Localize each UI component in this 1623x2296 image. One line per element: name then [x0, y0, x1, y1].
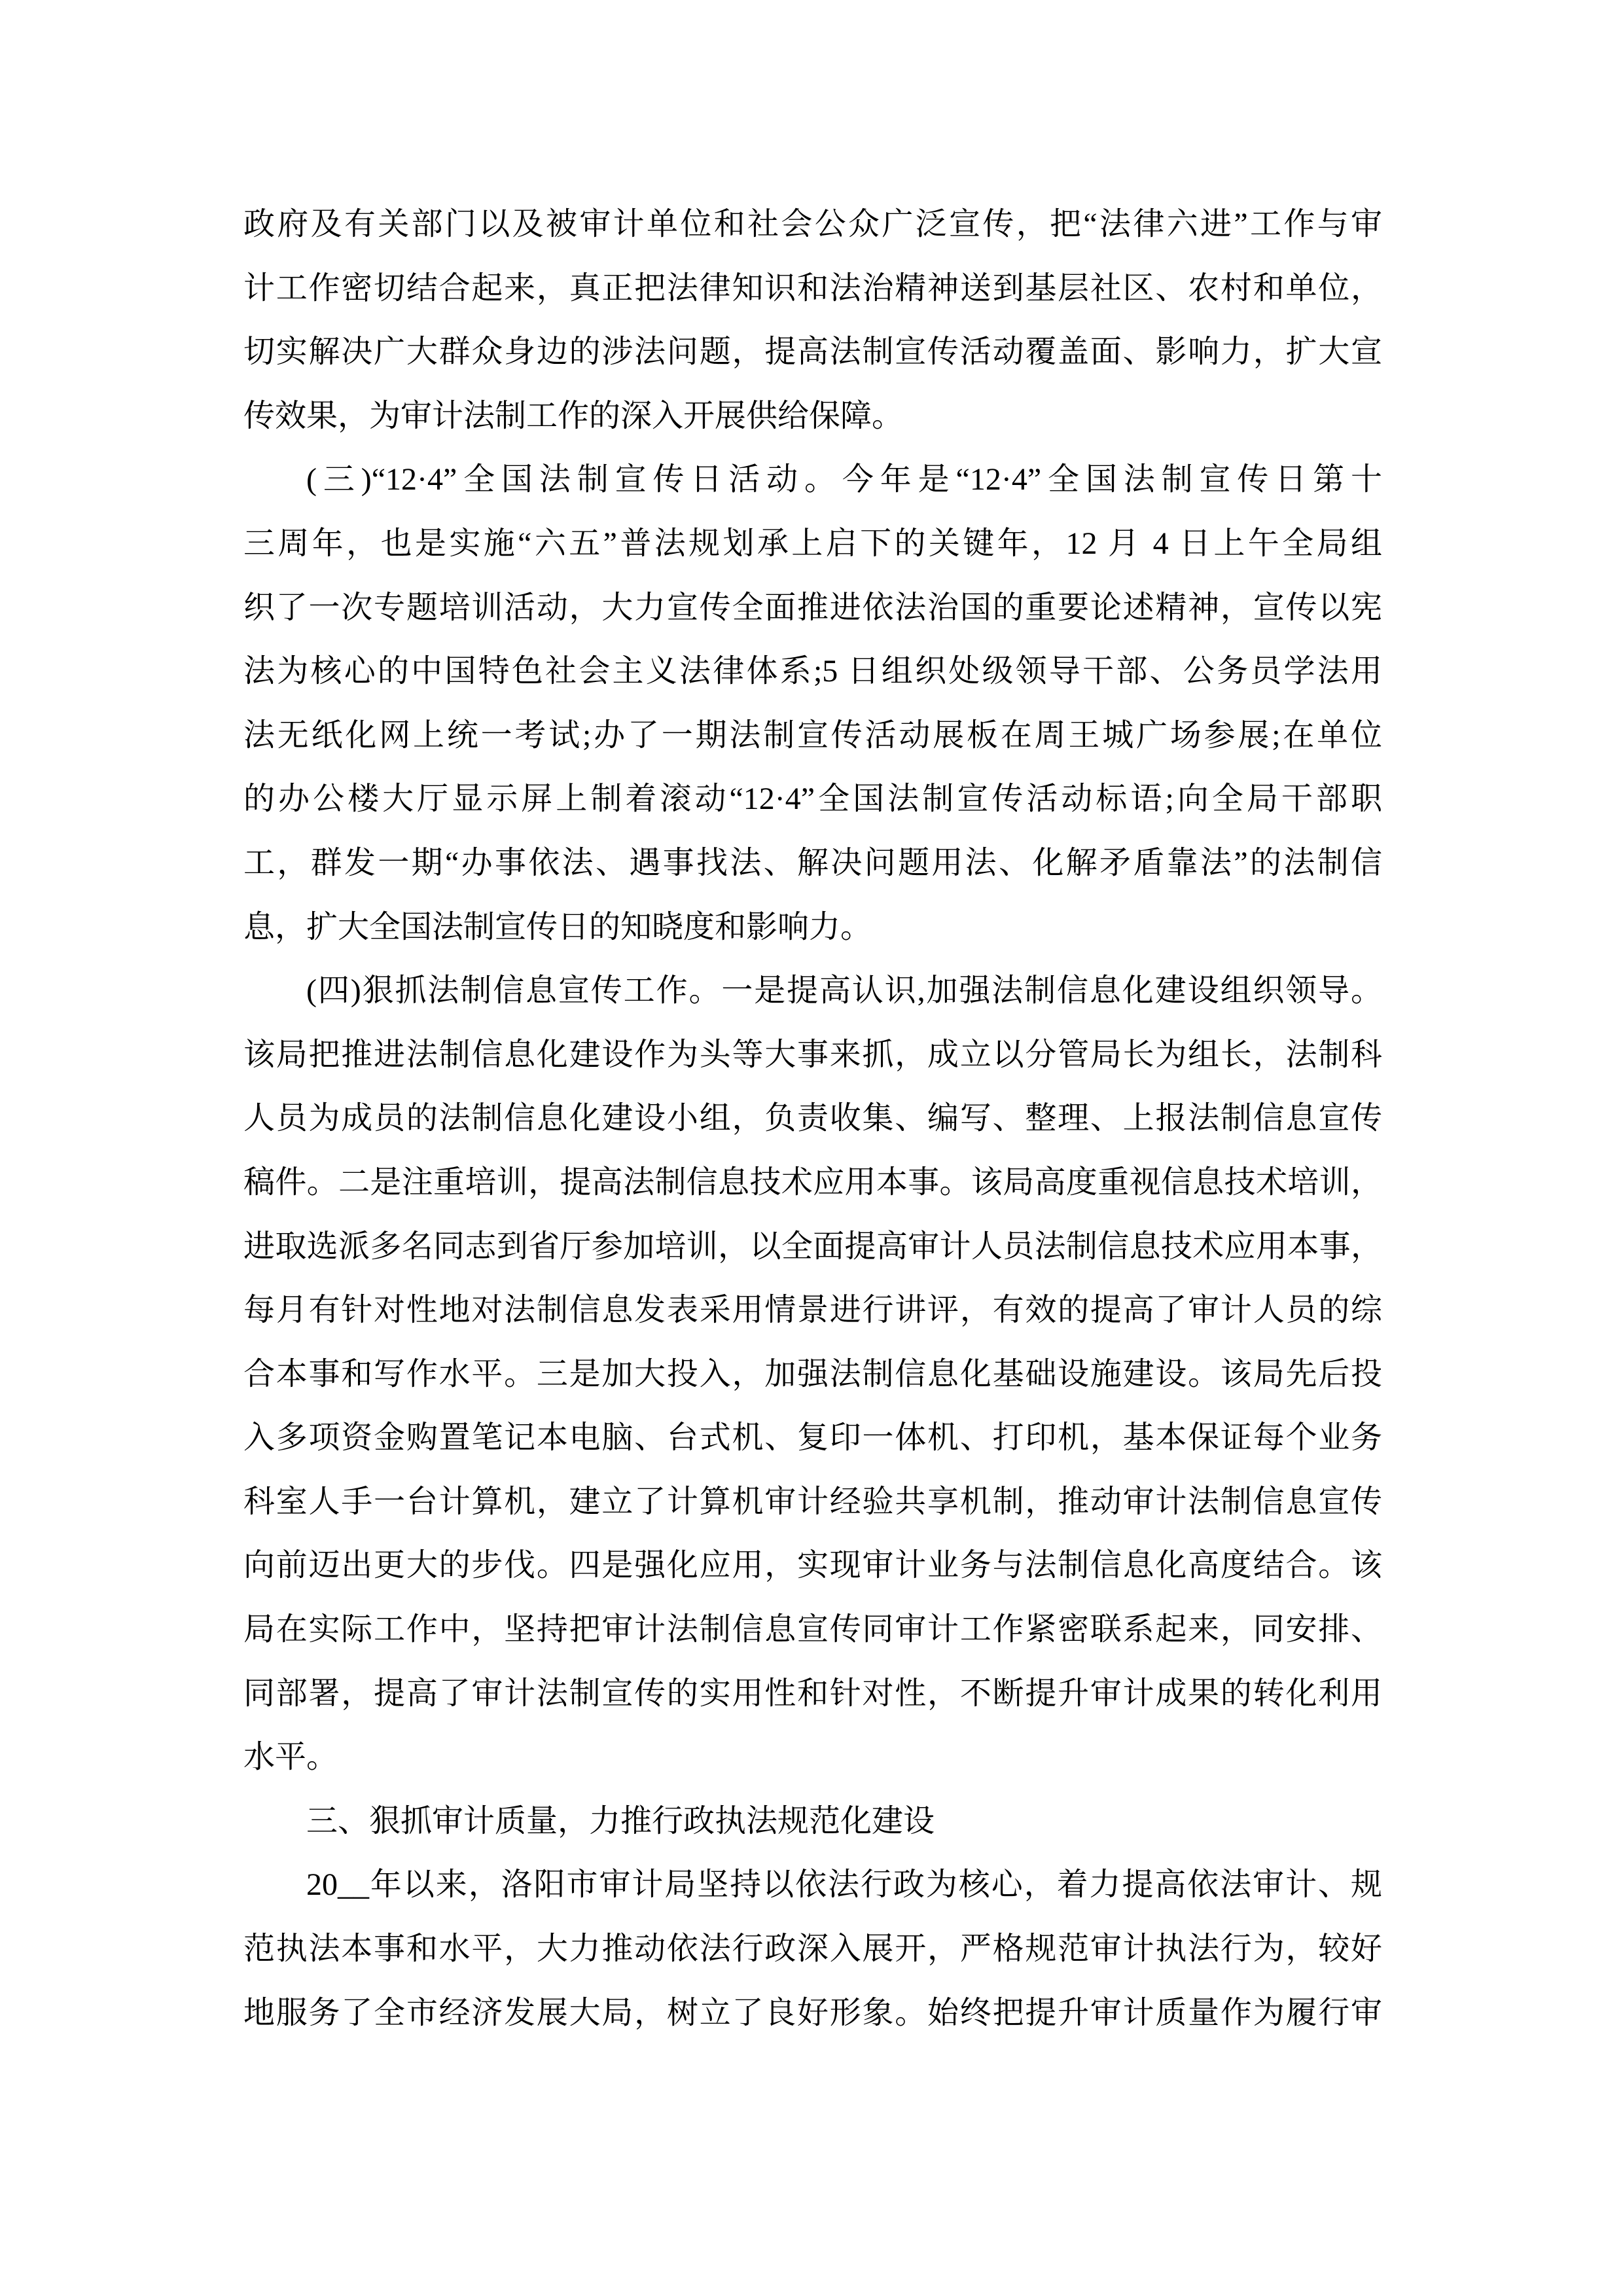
text-line: 法无纸化网上统一考试;办了一期法制宣传活动展板在周王城广场参展;在单位 [243, 704, 1382, 768]
text-line: 息，扩大全国法制宣传日的知晓度和影响力。 [243, 895, 1382, 960]
text-line: 范执法本事和水平，大力推动依法行政深入展开，严格规范审计执法行为，较好 [243, 1917, 1382, 1981]
text-line: 同部署，提高了审计法制宣传的实用性和针对性，不断提升审计成果的转化利用 [243, 1662, 1382, 1726]
text-line: 法为核心的中国特色社会主义法律体系;5 日组织处级领导干部、公务员学法用 [243, 639, 1382, 704]
text-line: 的办公楼大厅显示屏上制着滚动“12·4”全国法制宣传活动标语;向全局干部职 [243, 767, 1382, 831]
text-line: 三周年，也是实施“六五”普法规划承上启下的关键年，12 月 4 日上午全局组 [243, 512, 1382, 576]
text-line: 局在实际工作中，坚持把审计法制信息宣传同审计工作紧密联系起来，同安排、 [243, 1598, 1382, 1662]
text-line: 科室人手一台计算机，建立了计算机审计经验共享机制，推动审计法制信息宣传 [243, 1470, 1382, 1534]
text-line: 向前迈出更大的步伐。四是强化应用，实现审计业务与法制信息化高度结合。该 [243, 1534, 1382, 1598]
text-block: 政府及有关部门以及被审计单位和社会公众广泛宣传，把“法律六进”工作与审 计工作密… [243, 192, 1382, 2045]
text-line: 政府及有关部门以及被审计单位和社会公众广泛宣传，把“法律六进”工作与审 [243, 192, 1382, 257]
text-line: (三)“12·4”全国法制宣传日活动。今年是“12·4”全国法制宣传日第十 [243, 448, 1382, 512]
text-line: 入多项资金购置笔记本电脑、台式机、复印一体机、打印机，基本保证每个业务 [243, 1406, 1382, 1470]
text-line: 地服务了全市经济发展大局，树立了良好形象。始终把提升审计质量作为履行审 [243, 1981, 1382, 2045]
text-line: 计工作密切结合起来，真正把法律知识和法治精神送到基层社区、农村和单位， [243, 257, 1382, 321]
text-line: 合本事和写作水平。三是加大投入，加强法制信息化基础设施建设。该局先后投 [243, 1342, 1382, 1407]
text-line: 稿件。二是注重培训，提高法制信息技术应用本事。该局高度重视信息技术培训， [243, 1151, 1382, 1215]
text-line: 切实解决广大群众身边的涉法问题，提高法制宣传活动覆盖面、影响力，扩大宣 [243, 320, 1382, 384]
text-line: 进取选派多名同志到省厅参加培训，以全面提高审计人员法制信息技术应用本事， [243, 1215, 1382, 1279]
text-line: 20__年以来，洛阳市审计局坚持以依法行政为核心，着力提高依法审计、规 [243, 1853, 1382, 1917]
document-page: 政府及有关部门以及被审计单位和社会公众广泛宣传，把“法律六进”工作与审 计工作密… [0, 0, 1623, 2296]
text-line: 该局把推进法制信息化建设作为头等大事来抓，成立以分管局长为组长，法制科 [243, 1023, 1382, 1087]
text-line: (四)狠抓法制信息宣传工作。一是提高认识,加强法制信息化建设组织领导。 [243, 959, 1382, 1023]
section-heading: 三、狠抓审计质量，力推行政执法规范化建设 [243, 1789, 1382, 1854]
text-line: 工，群发一期“办事依法、遇事找法、解决问题用法、化解矛盾靠法”的法制信 [243, 831, 1382, 895]
text-line: 传效果，为审计法制工作的深入开展供给保障。 [243, 384, 1382, 448]
text-line: 每月有针对性地对法制信息发表采用情景进行讲评，有效的提高了审计人员的综 [243, 1278, 1382, 1342]
text-line: 人员为成员的法制信息化建设小组，负责收集、编写、整理、上报法制信息宣传 [243, 1086, 1382, 1151]
text-line: 织了一次专题培训活动，大力宣传全面推进依法治国的重要论述精神，宣传以宪 [243, 576, 1382, 640]
text-line: 水平。 [243, 1725, 1382, 1789]
